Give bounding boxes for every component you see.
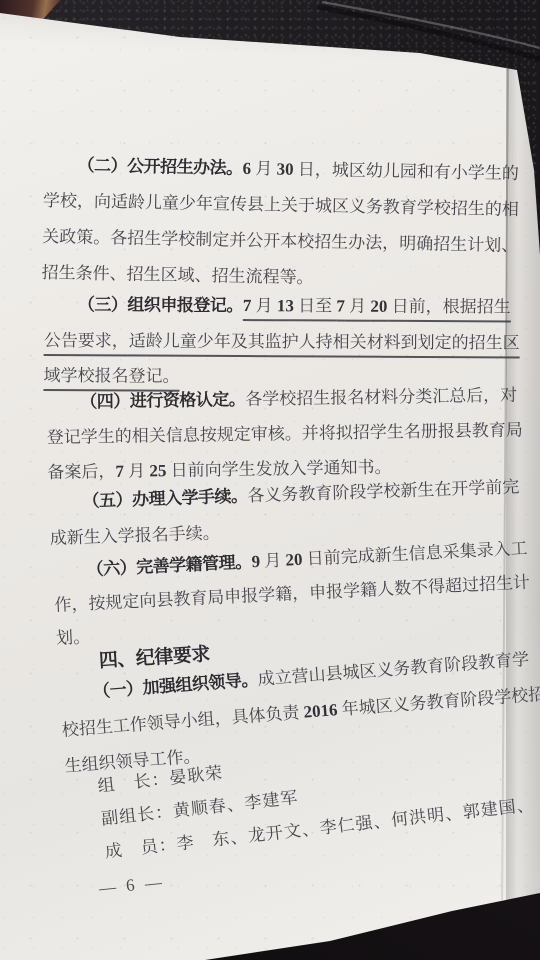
- text-run: 20: [285, 550, 303, 570]
- text-run: 成新生入学报名手续。: [49, 523, 220, 548]
- text-run: （四）进行资格认定。: [80, 390, 245, 412]
- document-page: （二）公开招生办法。6 月 30 日，城区幼儿园和有小学生的学校，向适龄儿童少年…: [0, 0, 540, 960]
- text-run: （六）完善学籍管理。: [86, 552, 252, 579]
- hand-underlined-text: 7: [243, 296, 252, 321]
- text-run: 划。: [56, 627, 91, 648]
- hand-underlined-text: 月: [251, 296, 277, 321]
- text-run: 7: [115, 462, 124, 481]
- text-run: （三）组织申报登记。: [78, 295, 243, 315]
- text-run: 各义务教育阶段学校新生在开学前完: [247, 477, 519, 505]
- text-run: 学校，向适龄儿童少年宣传县上关于城区义务教育学校招生的相: [43, 191, 519, 219]
- hand-underlined-text: 日前，根据招生: [387, 297, 510, 323]
- text-run: 25: [149, 461, 166, 480]
- text-run: 登记学生的相关信息按规定审核。并将拟招学生名册报县教育局: [47, 421, 523, 447]
- text-run: 日，城区幼儿园和有小学生的: [293, 160, 519, 183]
- text-line: （三）组织申报登记。7 月 13 日至 7 月 20 日前，根据招生: [44, 287, 520, 325]
- hand-underlined-text: 20: [370, 297, 387, 322]
- text-run: 6: [242, 159, 251, 178]
- hand-underlined-text: 13: [277, 296, 294, 321]
- hand-underlined-text: 月: [345, 297, 371, 322]
- text-run: 各学校招生报名材料分类汇总后，对: [245, 386, 517, 409]
- text-run: 日前完成新生信息采集录入工: [302, 539, 528, 569]
- hand-underlined-text: 7: [336, 297, 345, 322]
- hand-underlined-text: 公告要求，适龄儿童少年及其监护人持相关材料到划定的招生区: [44, 330, 520, 357]
- text-run: 年城区义务教育阶段学校招: [337, 685, 540, 720]
- text-line: 公告要求，适龄儿童少年及其监护人持相关材料到划定的招生区: [44, 322, 520, 360]
- text-run: 招生条件、招生区域、招生流程等。: [41, 263, 313, 287]
- text-run: 备案后，: [47, 462, 115, 482]
- hand-underlined-text: 日至: [294, 296, 337, 321]
- text-run: 月: [124, 461, 150, 480]
- section-item-2: （二）公开招生办法。6 月 30 日，城区幼儿园和有小学生的学校，向适龄儿童少年…: [41, 147, 520, 300]
- text-run: 月: [251, 159, 277, 178]
- photo-scene: （二）公开招生办法。6 月 30 日，城区幼儿园和有小学生的学校，向适龄儿童少年…: [0, 0, 540, 960]
- text-run: （五）办理入学手续。: [82, 486, 248, 510]
- text-run: （一）加强组织领导。: [93, 670, 259, 701]
- document-content: （二）公开招生办法。6 月 30 日，城区幼儿园和有小学生的学校，向适龄儿童少年…: [0, 0, 540, 960]
- text-run: 2016: [303, 700, 338, 721]
- text-run: （二）公开招生办法。: [77, 156, 242, 178]
- text-run: 关政策。各招生学校制定并公开本校招生办法，明确招生计划、: [42, 227, 518, 255]
- text-run: 月: [260, 551, 286, 571]
- text-run: 30: [276, 159, 293, 178]
